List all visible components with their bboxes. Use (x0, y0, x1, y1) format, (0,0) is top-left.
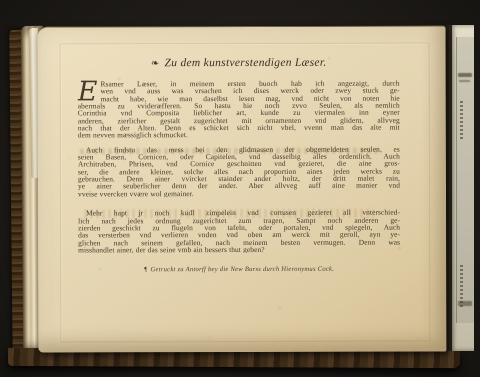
drop-cap-initial: E (78, 81, 98, 102)
illegible-vertical-caption (460, 99, 463, 139)
engraving-cornice-mark (459, 80, 470, 82)
engraving-base-mark (458, 301, 472, 306)
foxing-stains (28, 18, 31, 21)
colophon-text: Getruckt zu Antorff bey die New Burss du… (151, 266, 335, 273)
engraving-cornice-mark (458, 73, 472, 77)
book-page: ❧Zu dem kunstverstendigen Læser. ERsamer… (38, 25, 447, 352)
text-block: ❧Zu dem kunstverstendigen Læser. ERsamer… (78, 57, 401, 274)
text-line: misshandlet ainer, der das seine vmb ain… (78, 245, 400, 253)
text-line: dem nevven mæssiglich schmucket. (78, 131, 400, 139)
page-title-text: Zu dem kunstverstendigen Læser. (164, 57, 326, 69)
next-page-sliver (449, 25, 474, 351)
paragraph: ERsamer Læser, in meinem ersten buoch ha… (78, 80, 400, 140)
page-title: ❧Zu dem kunstverstendigen Læser. (78, 57, 400, 70)
pilcrow-mark: ¶ (144, 266, 147, 273)
printers-leaf-ornament-icon: ❧ (151, 58, 160, 69)
paragraphs: ERsamer Læser, in meinem ersten buoch ha… (78, 80, 400, 254)
colophon: ¶Getruckt zu Antorff bey die New Burss d… (78, 266, 400, 274)
paragraph: Mehr hapt jr noch kudl zimpelein vnd cor… (78, 209, 400, 254)
book-photo: ❧Zu dem kunstverstendigen Læser. ERsamer… (0, 0, 480, 377)
engraved-plate-sliver (456, 37, 474, 323)
text-line: vveise vvercken vvære wol gemainer. (78, 189, 400, 197)
paragraph: Auch findstu das mess bei den glidmassen… (78, 145, 400, 197)
